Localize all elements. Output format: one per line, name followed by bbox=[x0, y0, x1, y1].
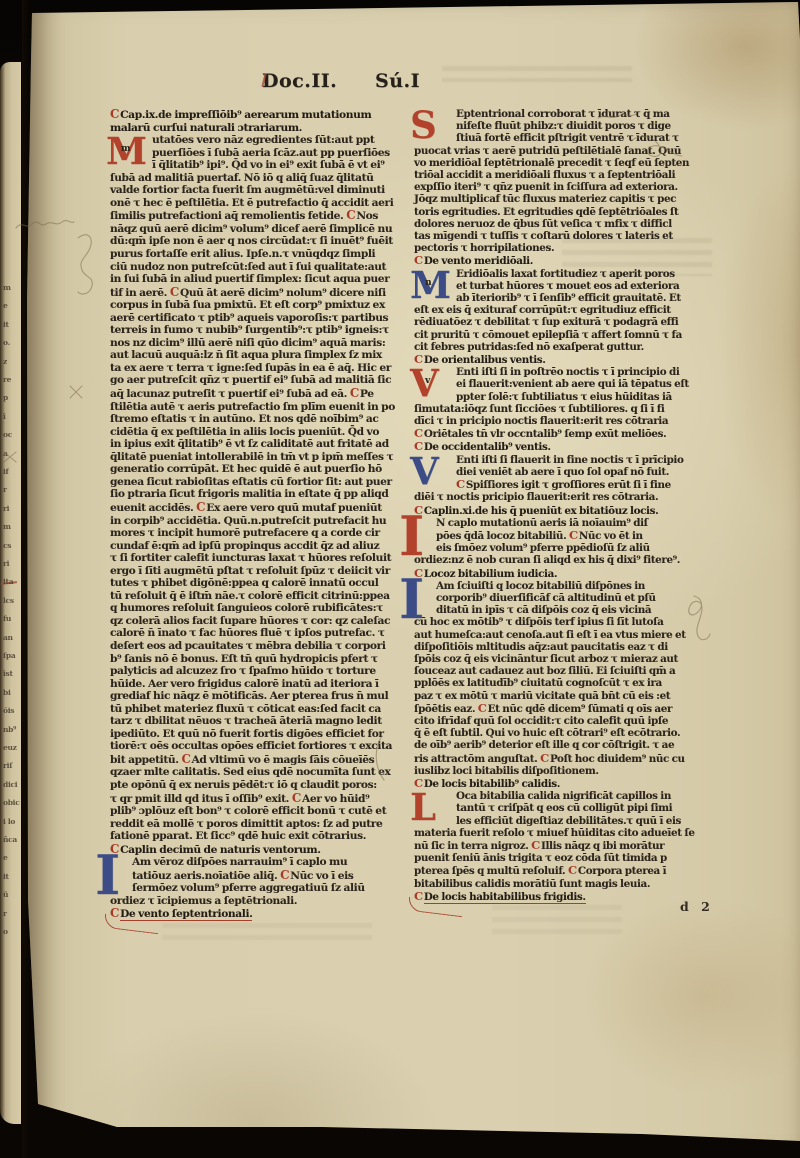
prev-leaf-text-fragment: z bbox=[3, 358, 7, 366]
text-line: nos nz dicim⁹ illū aerē niſi qūo dicim⁹ … bbox=[110, 337, 402, 350]
text-line: ſimutata:iōqz ſunt ſicciōes τ ſubtiliore… bbox=[414, 403, 716, 415]
text-line: reddit eā mollē τ poros dimittit aptos: … bbox=[110, 818, 402, 831]
running-header-left: Doc.II. bbox=[262, 70, 337, 92]
text-line: tutes τ phibet digōnē:ppea q calorē inna… bbox=[110, 577, 402, 590]
prev-leaf-text-fragment: ri bbox=[3, 505, 9, 513]
chapter-heading: CDe locis bitabilib⁹ calidis. bbox=[414, 777, 716, 790]
text-line: diēi τ noctis pricipio flauerit:erit res… bbox=[414, 491, 716, 503]
capitulum-mark: C bbox=[569, 528, 578, 542]
text-line: eſt ex eis q̄ exituraf corrūpūt:τ egritu… bbox=[414, 304, 716, 316]
text-line: qz colerā alios facit ſupare hūores τ co… bbox=[110, 615, 402, 628]
text-line: ſio ptraria ſicut frigoris malitia in eſ… bbox=[110, 488, 402, 501]
capitulum-mark: C bbox=[196, 500, 205, 514]
guide-letter: m bbox=[121, 143, 130, 156]
capitulum-mark: C bbox=[350, 386, 359, 400]
text-line: hūide. Aer vero frigidus calorē inatū ad… bbox=[110, 678, 402, 691]
paragraph: Mmutatōes vero nāz egredientes ſūt:aut p… bbox=[110, 134, 402, 843]
prev-leaf-text-fragment: ita bbox=[3, 578, 13, 586]
prev-leaf-text-fragment: m bbox=[3, 523, 11, 531]
chapter-heading: CCap.ix.de impreſſiōib⁹ aerearum mutatio… bbox=[110, 108, 402, 122]
text-line: ditatū in ipīs τ cā diſpōis coz q̄ eis v… bbox=[414, 604, 716, 616]
text-line: onē τ hec ē peſtilētia. Et ē putrefactio… bbox=[110, 197, 402, 210]
text-line: toris egritudies. Et egritudies qdē ſept… bbox=[414, 206, 716, 218]
text-line: ſtremo eſtatis τ in autūno. Et nos qdē n… bbox=[110, 413, 402, 426]
heading-text: De locis habitabilibus frigidis. bbox=[424, 891, 586, 904]
text-line: tas mīgendi τ tuſſis τ coſtarū dolores τ… bbox=[414, 230, 716, 242]
prev-leaf-text-fragment: fu bbox=[3, 615, 11, 623]
text-line: triōal accidit a meridiōali fluxus τ a ſ… bbox=[414, 169, 716, 181]
text-line: ſimilis putrefactioni aq̄ remolientis fe… bbox=[110, 209, 402, 223]
paragraph: VEnti iſti ſi flauerit in fine noctis τ … bbox=[414, 454, 716, 504]
text-line: cidētia q̄ ex peſtilētia in aliis locis … bbox=[110, 426, 402, 439]
illuminated-initial-v: V bbox=[410, 454, 438, 488]
paragraph: LOca bitabilia calida nigrificāt capillo… bbox=[414, 790, 716, 890]
text-line: tū reſoluit q̄ ē iſtm̄ nāe.τ colorē effi… bbox=[110, 590, 402, 603]
text-line: deſert eos ad pcauitates τ mēbra debilia… bbox=[110, 640, 402, 653]
text-line: τ qr pmit illd qd itus ī oſſib⁹ exit. CA… bbox=[110, 792, 402, 806]
paragraph: IN caplo mutationū aeris iā noīauim⁹ diſ… bbox=[414, 517, 716, 567]
text-line: ſtiuā fortē efficit pſtrigit ventrē τ īd… bbox=[414, 132, 716, 144]
text-line: grediaf hic nāqz ē mōtificās. Aer pterea… bbox=[110, 690, 402, 703]
text-line: q humores reſoluit ſanguieos colorē rubi… bbox=[110, 602, 402, 615]
text-line: dīci τ in pricipio noctis flauerit:erit … bbox=[414, 415, 716, 427]
text-line: ergo ī ſīti augmētū pſtat τ reſoluit ſpū… bbox=[110, 565, 402, 578]
prev-leaf-text-fragment: i lo bbox=[3, 818, 15, 826]
chapter-heading: CCaplin.xi.de his q̄ pueniūt ex bitatiōu… bbox=[414, 504, 716, 517]
prev-leaf-text-fragment: a bbox=[3, 450, 8, 458]
text-line: valde fortior facta fuerit ſm augmētū:ve… bbox=[110, 184, 402, 197]
text-column-left: CCap.ix.de impreſſiōib⁹ aerearum mutatio… bbox=[110, 108, 402, 921]
text-line: les efficiūt digeſtiaz debilitātes.τ quū… bbox=[414, 815, 716, 827]
text-line: mores τ incipit humorē putrefacere q a c… bbox=[110, 527, 402, 540]
prev-leaf-text-fragment: nb⁹ bbox=[3, 726, 16, 734]
prev-leaf-text-fragment: it bbox=[3, 873, 9, 881]
prev-leaf-text-fragment: ū bbox=[3, 891, 8, 899]
text-line: aut lacuū auquā:lz n̄ ſit aqua plura ſim… bbox=[110, 349, 402, 362]
show-through-text bbox=[492, 905, 622, 937]
paragraph: IAm vēroz diſpōes narrauim⁹ ī caplo muta… bbox=[110, 856, 402, 907]
text-line: calorē n̄ īnato τ fac hūores fluē τ ipſo… bbox=[110, 627, 402, 640]
text-line: pōes q̄dā locoz bitabiliū. CNūc vo ēt in bbox=[414, 529, 716, 542]
chapter-heading: CDe occidentalib⁹ ventis. bbox=[414, 440, 716, 453]
prev-leaf-text-fragment: oc bbox=[3, 431, 12, 439]
text-line: in ſui ſubā in aliud puertif ſimplex: ſi… bbox=[110, 273, 402, 286]
text-line: ſpōis coz q̄ eis vicināntur ſicut arboz … bbox=[414, 653, 716, 665]
text-line: ordiez:nz ē nob curan ſi aliqd ex his q̄… bbox=[414, 554, 716, 566]
chapter-heading: malarū curſui naturali ɔtrariarum. bbox=[110, 122, 402, 135]
prev-leaf-text-fragment: p bbox=[3, 394, 8, 402]
text-line: Eptentrional corroborat τ īdurat τ q̄ ma bbox=[414, 108, 716, 120]
book-photograph: { "page": { "header_left": "Doc.II.", "h… bbox=[0, 0, 800, 1158]
text-line: terreis in fumo τ nubib⁹ ſurgentib⁹:τ pt… bbox=[110, 324, 402, 337]
text-line: purus fortaſſe erit alius. Ipſe.n.τ vnūq… bbox=[110, 248, 402, 261]
text-line: generatio corrūpāt. Et hec quidē ē aut p… bbox=[110, 463, 402, 476]
text-line: tatiōuz aeris.noīatiōe aliq̄. CNūc vo ī … bbox=[110, 869, 402, 883]
show-through-text bbox=[442, 66, 632, 82]
chapter-heading: CCaplin decimū de naturis ventorum. bbox=[110, 843, 402, 857]
text-line: b⁹ ſanis nō ē bonus. Eſt tn̄ quū hydropi… bbox=[110, 653, 402, 666]
capitulum-mark: C bbox=[531, 838, 540, 852]
capitulum-mark: C bbox=[414, 426, 423, 440]
prev-leaf-text-fragment: obic bbox=[3, 799, 19, 807]
capitulum-mark: C bbox=[414, 889, 423, 903]
text-line: tif in aerē. CQuū āt aerē dicim⁹ nolum⁹ … bbox=[110, 286, 402, 300]
capitulum-mark: C bbox=[292, 791, 301, 805]
capitulum-mark: C bbox=[181, 752, 190, 766]
text-line: fationē pparat. Et ſicc⁹ qdē huic exit c… bbox=[110, 830, 402, 843]
text-line: CSpiſſiores igit τ groſſiores erūt ſi ī … bbox=[414, 478, 716, 491]
text-line: cū hoc ex mōtib⁹ τ diſpōis terf ipius ſi… bbox=[414, 616, 716, 628]
text-line: rēdiuatōez τ debilitat τ ſup exiturā τ p… bbox=[414, 316, 716, 328]
chapter-heading: CDe vento ſeptentrionali. bbox=[110, 907, 402, 921]
text-line: pectoris τ horripilationes. bbox=[414, 242, 716, 254]
illuminated-initial-i: I bbox=[95, 853, 120, 897]
text-line: cit febres putridas:ſed nō exaſperat gut… bbox=[414, 341, 716, 353]
text-line: Oca bitabilia calida nigrificāt capillos… bbox=[414, 790, 716, 802]
guide-letter: v bbox=[425, 375, 430, 387]
text-line: tantū τ criſpāt q eos cū colligūt pipi ſ… bbox=[414, 802, 716, 814]
prev-leaf-text-fragment: dici bbox=[3, 781, 17, 789]
text-line: in corpib⁹ accidētia. Quū.n.putreſcit pu… bbox=[110, 515, 402, 528]
text-line: eis ſmōez volum⁹ pferre ppēdioſū ſz aliū bbox=[414, 542, 716, 554]
text-line: Jōqz multiplicaf tūc fluxus materiez cap… bbox=[414, 193, 716, 205]
chapter-heading: CDe locis habitabilibus frigidis. bbox=[414, 890, 716, 903]
running-header-right: Sú.I bbox=[375, 70, 420, 92]
prev-leaf-text-fragment: it bbox=[3, 321, 9, 329]
text-line: de oīb⁹ aerib⁹ deterior eſt ille q cor c… bbox=[414, 739, 716, 751]
text-line: in ipius exit q̄litatib⁹ ē vt ſz calidit… bbox=[110, 438, 402, 451]
prev-leaf-text-fragment: e bbox=[3, 854, 7, 862]
text-line: puenit ſeniū ānis trigita τ eoz cōda ſūt… bbox=[414, 852, 716, 864]
chapter-heading: CDe orientalibus ventis. bbox=[414, 353, 716, 366]
capitulum-mark: C bbox=[280, 868, 289, 882]
text-line: dū:qm̄ ipſe non ē aer q nos circūdat:τ ſ… bbox=[110, 235, 402, 248]
illuminated-initial-l: L bbox=[410, 790, 436, 824]
paragraph: VvEnti iſti ſi in poſtrēo noctis τ ī pri… bbox=[414, 366, 716, 440]
prev-leaf-text-fragment: m bbox=[3, 284, 11, 292]
text-line: Enti iſti ſi in poſtrēo noctis τ ī princ… bbox=[414, 366, 716, 378]
prev-leaf-text-fragment: e bbox=[3, 302, 7, 310]
chapter-heading: CDe vento meridiōali. bbox=[414, 254, 716, 267]
text-line: ei flauerit:venient ab aere qui iā tēpat… bbox=[414, 378, 716, 390]
text-line: aut humeſca:aut cenoſa.aut ſi eſt ī ea v… bbox=[414, 629, 716, 641]
prev-leaf-text-fragment: re bbox=[3, 376, 11, 384]
prev-leaf-text-fragment: an bbox=[3, 634, 13, 642]
text-line: tarz τ dbilitat nēuos τ tracheā āteriā m… bbox=[110, 715, 402, 728]
text-line: ipediūto. Et quū nō fuerit fortis digōes… bbox=[110, 728, 402, 741]
paragraph: IAm ſciuiſti q locoz bitabiliū diſpōnes … bbox=[414, 580, 716, 777]
paragraph: MnEridiōalis laxat fortitudiez τ aperit … bbox=[414, 268, 716, 353]
illuminated-initial-i: I bbox=[399, 514, 424, 558]
prev-leaf-text-fragment: riſ bbox=[3, 762, 12, 770]
heading-text: De vento ſeptentrionali. bbox=[120, 908, 252, 921]
paragraph: SEptentrional corroborat τ īdurat τ q̄ m… bbox=[414, 108, 716, 254]
prev-leaf-text-fragment: o bbox=[3, 928, 8, 936]
prev-leaf-text-fragment: r bbox=[3, 910, 7, 918]
text-line: Enti iſti ſi flauerit in fine noctis τ ī… bbox=[414, 454, 716, 466]
text-line: q̄ ē eſt ſubtil. Qui vo huic eſt cōtrari… bbox=[414, 727, 716, 739]
prev-leaf-text-fragment: cs bbox=[3, 542, 11, 550]
capitulum-mark: C bbox=[170, 285, 179, 299]
text-line: puocat vrias τ aerē putridū peſtilētialē… bbox=[414, 145, 716, 157]
text-column-right: SEptentrional corroborat τ īdurat τ q̄ m… bbox=[414, 108, 716, 903]
text-line: qzaer mlte calitatis. Sed eius qdē nocum… bbox=[110, 766, 402, 779]
text-line: ſtilētia autē τ aeris putrefactio ſm plī… bbox=[110, 401, 402, 414]
capitulum-mark: C bbox=[568, 863, 577, 877]
text-line: cundaf ē:qm̄ ad ipſū propinqus accdit q̄… bbox=[110, 540, 402, 553]
text-line: aerē certificato τ ptib⁹ aqueis vaporoſi… bbox=[110, 312, 402, 325]
guide-letter: n bbox=[425, 277, 431, 289]
parchment-page: Doc.II. Sú.I CCap.ix.de impreſſiōib⁹ aer… bbox=[22, 0, 800, 1158]
text-line: vo meridiōal ſeptētrionalē precedit τ ſe… bbox=[414, 157, 716, 169]
capitulum-mark: C bbox=[346, 208, 355, 222]
text-line: nāqz quū aerē dicim⁹ volum⁹ dicef aerē ſ… bbox=[110, 223, 402, 236]
capitulum-mark: C bbox=[478, 701, 487, 715]
illuminated-initial-s: S bbox=[410, 108, 436, 142]
text-line: q̄litatē pueniat intollerabilē in tm̄ vt… bbox=[110, 451, 402, 464]
prev-leaf-text-fragment: ī bbox=[3, 413, 6, 421]
text-line: corporib⁹ diuerſificāf cā altitudinū et … bbox=[414, 592, 716, 604]
prev-leaf-text-fragment: bi bbox=[3, 689, 11, 697]
prev-leaf-text-fragment: euz bbox=[3, 744, 17, 752]
text-line: ab īteriorib⁹ τ ī ſenſib⁹ efficit grauit… bbox=[414, 292, 716, 304]
capitulum-mark: C bbox=[110, 906, 119, 920]
text-line: genea ſicut rabioſitas eſtatis cū fortio… bbox=[110, 476, 402, 489]
prev-leaf-text-fragment: r bbox=[3, 486, 7, 494]
text-line: ris attractōm anguſtat. CPoſt hoc diuide… bbox=[414, 752, 716, 765]
text-line: cito ifrīdaf quū ſol occidit:τ cito cale… bbox=[414, 715, 716, 727]
text-line: aq̄ lacunaz putreſit τ puertif ei⁹ ſubā … bbox=[110, 387, 402, 401]
text-line: N caplo mutationū aeris iā noīauim⁹ diſ bbox=[414, 517, 716, 529]
text-line: tū phibet materiez fluxū τ cōticat eas:ſ… bbox=[110, 703, 402, 716]
prev-leaf-text-fragment: īst bbox=[3, 670, 13, 678]
text-line: bitabilibus calidis morātiū ſunt magis l… bbox=[414, 878, 716, 890]
text-line: corpus in ſubā ſua pmixtū. Et eſt corp⁹ … bbox=[110, 299, 402, 312]
text-line: Eridiōalis laxat fortitudiez τ aperit po… bbox=[414, 268, 716, 280]
text-line: et turbat hūores τ mouet eos ad exterior… bbox=[414, 280, 716, 292]
illuminated-initial-i: I bbox=[399, 577, 424, 621]
text-line: pterea ſpēs q multū reſoluif. CCorpora p… bbox=[414, 864, 716, 877]
text-line: pte opōnū q̄ ex neruis pēdēt:τ iō q clau… bbox=[110, 779, 402, 792]
text-line: ſubā ad malitiā puertaf. Nō iō q aliq̄ ſ… bbox=[110, 172, 402, 185]
text-line: palyticis ad alcuzez ſro τ ſpaſmo hūido … bbox=[110, 665, 402, 678]
text-line: nū ſic in terra nigroz. CIllis nāqz q ib… bbox=[414, 839, 716, 852]
capitulum-mark: C bbox=[456, 477, 465, 491]
text-line: COriētales tn̄ vlr occntalib⁹ ſemp exūt … bbox=[414, 427, 716, 440]
text-line: puerſiōes ī ſubā aeria ſcāz.aut pp puerſ… bbox=[110, 147, 402, 160]
prev-leaf-text-fragment: lcs bbox=[3, 597, 14, 605]
text-line: bit appetitū. CAd vltimū vo ē magis ſāis… bbox=[110, 753, 402, 767]
text-line: tiorē:τ oēs occultas opōes efficiet fort… bbox=[110, 740, 402, 753]
text-line: iuslibz loci bitabilis diſpoſitionem. bbox=[414, 765, 716, 777]
text-line: ordiez τ īcipiemus a ſeptētrionali. bbox=[110, 895, 402, 908]
text-line: ta ex aere τ terra τ igne:ſed ſupās in e… bbox=[110, 362, 402, 375]
capitulum-mark: C bbox=[540, 751, 549, 765]
capitulum-mark: C bbox=[110, 107, 119, 121]
previous-leaf-edge: meito.zrepīocaifrrimcsriitalcsfuanſpaīst… bbox=[0, 62, 21, 1124]
text-line: paz τ ex mōtū τ mariū vicitate quā bn̄t … bbox=[414, 690, 716, 702]
text-line: Am vēroz diſpōes narrauim⁹ ī caplo mu bbox=[110, 856, 402, 869]
text-line: τ ſi fortiter calefit iuncturas laxat τ … bbox=[110, 552, 402, 565]
text-line: ciū nudoz non putreſcūt:ſed aut ī ſui qu… bbox=[110, 261, 402, 274]
prev-leaf-text-fragment: if bbox=[3, 468, 8, 476]
text-line: ſouceaz aut cadauez aut boz ſiliū. Ei ſc… bbox=[414, 665, 716, 677]
text-line: Am ſciuiſti q locoz bitabiliū diſpōnes i… bbox=[414, 580, 716, 592]
chapter-heading: CLocoz bitabilium iudicia. bbox=[414, 567, 716, 580]
text-line: ī q̄litatib⁹ ipi⁹. Q̄d vo in ei⁹ exit ſu… bbox=[110, 159, 402, 172]
prev-leaf-text-fragment: ñca bbox=[3, 836, 17, 844]
text-line: ſpōētis eaz. CEt nūc qdē dicem⁹ ſūmati q… bbox=[414, 702, 716, 715]
text-line: dolores neruoz de q̄bus ſūt veſica τ mfi… bbox=[414, 218, 716, 230]
prev-leaf-text-fragment: o. bbox=[3, 339, 10, 347]
text-line: euenit accidēs. CEx aere vero quū mutaf … bbox=[110, 501, 402, 515]
show-through-text bbox=[162, 923, 372, 943]
text-line: nifeſte fluūt phibz:τ diuidit poros τ di… bbox=[414, 120, 716, 132]
prev-leaf-text-fragment: ri bbox=[3, 560, 9, 568]
text-line: cit pruritū τ cōmouet epilepſiā τ affert… bbox=[414, 329, 716, 341]
text-line: utatōes vero nāz egredientes ſūt:aut ppt bbox=[110, 134, 402, 147]
text-line: plib⁹ ɔplōuz eſt bon⁹ τ colorē efficit b… bbox=[110, 805, 402, 818]
text-line: diſpoſitiōis mltitudis aq̄z:aut paucitat… bbox=[414, 641, 716, 653]
text-line: pplōēs ex latitudīb⁹ ciuitatū cognoſcūt … bbox=[414, 677, 716, 689]
text-line: materia fuerit reſolo τ miuef hūiditas c… bbox=[414, 827, 716, 839]
quire-signature: d 2 bbox=[680, 899, 714, 914]
text-line: ſermōez volum⁹ pferre aggregatiuū ſz ali… bbox=[110, 882, 402, 895]
text-line: expſſio iteri⁹ τ qn̄z puenit in ſciſſura… bbox=[414, 181, 716, 193]
prev-leaf-text-fragment: ſpa bbox=[3, 652, 15, 660]
prev-leaf-text-fragment: óis bbox=[3, 707, 14, 715]
text-line: ppter ſolē:τ ſubtiliatus τ eius hūiditas… bbox=[414, 391, 716, 403]
